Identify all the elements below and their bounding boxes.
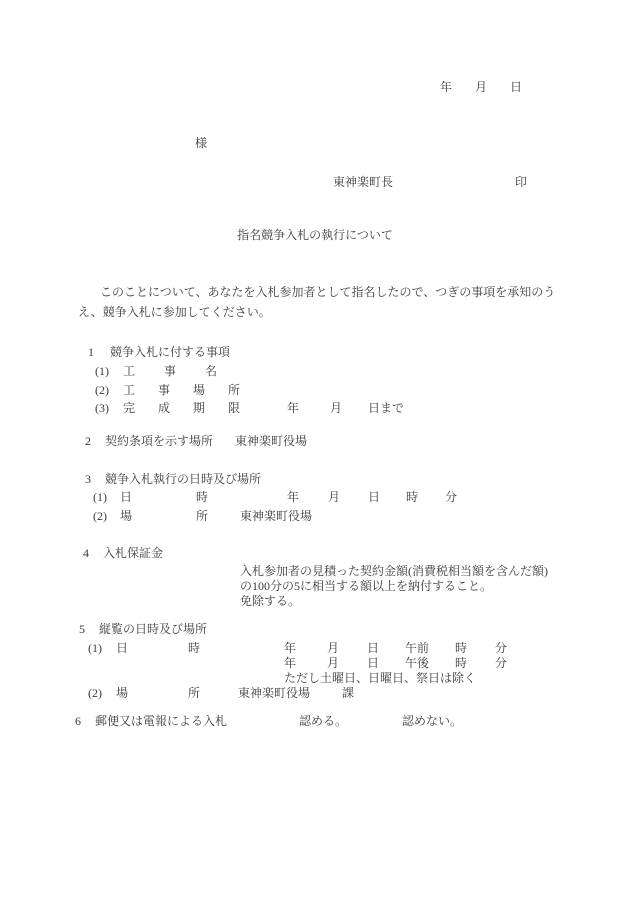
- section5-heading: 縦覧の日時及び場所: [99, 622, 207, 636]
- section3-heading: 競争入札執行の日時及び場所: [105, 472, 261, 486]
- s3-item2-label-char2: 所: [196, 509, 208, 523]
- s1-item3-label-char1: 完: [123, 401, 135, 415]
- s1-item2-number: (2): [95, 383, 109, 397]
- s5-row2-hour-label: 時: [455, 656, 467, 670]
- s5-item1-month-label: 月: [327, 641, 339, 655]
- s5-item2-label-char2: 所: [188, 686, 200, 700]
- s5-exception-note: ただし土曜日、日曜日、祭日は除く: [284, 671, 476, 685]
- section4-heading: 入札保証金: [103, 546, 163, 560]
- section2-number: 2: [85, 434, 91, 448]
- s4-description-line1: 入札参加者の見積った契約金額(消費税相当額を含んだ額): [240, 564, 548, 578]
- s1-item3-year-label: 年: [287, 401, 299, 415]
- s1-item3-month-label: 月: [330, 401, 342, 415]
- s1-item2-label-char3: 場: [193, 383, 205, 397]
- s6-option-decline: 認めない。: [402, 714, 462, 728]
- sender-name: 東神楽町長: [333, 175, 393, 189]
- s3-item1-number: (1): [93, 490, 107, 504]
- section4-number: 4: [83, 546, 89, 560]
- s5-item1-hour-label: 時: [455, 641, 467, 655]
- section1-number: 1: [88, 345, 94, 359]
- s1-item1-label-char2: 事: [164, 364, 176, 378]
- s5-row2-ampm-label: 午後: [405, 656, 429, 670]
- s1-item3-label-char2: 成: [158, 401, 170, 415]
- date-year-label: 年: [440, 80, 452, 94]
- section6-heading: 郵便又は電報による入札: [95, 714, 227, 728]
- section2-heading: 契約条項を示す場所: [105, 434, 213, 448]
- s3-item1-day-label: 日: [368, 490, 380, 504]
- s5-item1-ampm-label: 午前: [405, 641, 429, 655]
- s3-item2-number: (2): [93, 509, 107, 523]
- s1-item3-label-char3: 期: [193, 401, 205, 415]
- s1-item3-number: (3): [95, 401, 109, 415]
- s5-item1-number: (1): [88, 641, 102, 655]
- addressee-suffix: 様: [195, 136, 207, 150]
- s6-option-accept: 認める。: [299, 714, 347, 728]
- s5-item1-label-char2: 時: [188, 641, 200, 655]
- s5-item2-label-char1: 場: [116, 686, 128, 700]
- s5-item2-value: 東神楽町役場: [238, 686, 310, 700]
- s5-item1-label-char1: 日: [116, 641, 128, 655]
- s5-item2-number: (2): [88, 686, 102, 700]
- s4-description-line2: の100分の5に相当する額以上を納付すること。: [240, 579, 492, 593]
- s1-item2-label-char2: 事: [158, 383, 170, 397]
- s1-item1-number: (1): [95, 364, 109, 378]
- date-day-label: 日: [510, 80, 522, 94]
- s3-item2-value: 東神楽町役場: [240, 509, 312, 523]
- seal-mark: 印: [515, 175, 527, 189]
- s5-item1-year-label: 年: [284, 641, 296, 655]
- section1-heading: 競争入札に付する事項: [110, 345, 230, 359]
- section3-number: 3: [85, 472, 91, 486]
- s3-item2-label-char1: 場: [120, 509, 132, 523]
- s3-item1-month-label: 月: [328, 490, 340, 504]
- section2-value: 東神楽町役場: [235, 434, 307, 448]
- s5-row2-month-label: 月: [327, 656, 339, 670]
- section5-number: 5: [79, 622, 85, 636]
- s5-row2-year-label: 年: [284, 656, 296, 670]
- s3-item1-year-label: 年: [287, 490, 299, 504]
- intro-line-1: このことについて、あなたを入札参加者として指名したので、つぎの事項を承知のう: [100, 285, 555, 299]
- s5-item2-dept-label: 課: [342, 686, 354, 700]
- s3-item1-minute-label: 分: [445, 490, 457, 504]
- s3-item1-label-char2: 時: [196, 490, 208, 504]
- section6-number: 6: [75, 714, 81, 728]
- s5-item1-day-label: 日: [367, 641, 379, 655]
- document-title: 指名競争入札の執行について: [0, 228, 630, 242]
- s5-row2-minute-label: 分: [495, 656, 507, 670]
- s1-item2-label-char1: 工: [123, 383, 135, 397]
- date-month-label: 月: [475, 80, 487, 94]
- s1-item3-label-char4: 限: [228, 401, 240, 415]
- s4-description-line3: 免除する。: [240, 594, 300, 608]
- s5-item1-minute-label: 分: [495, 641, 507, 655]
- s3-item1-label-char1: 日: [120, 490, 132, 504]
- s5-row2-day-label: 日: [367, 656, 379, 670]
- s1-item2-label-char4: 所: [228, 383, 240, 397]
- intro-line-2: え、競争入札に参加してください。: [78, 305, 271, 319]
- s3-item1-hour-label: 時: [406, 490, 418, 504]
- s1-item1-label-char1: 工: [123, 364, 135, 378]
- document-page: 年 月 日 様 東神楽町長 印 指名競争入札の執行について このことについて、あ…: [0, 0, 630, 903]
- s1-item1-label-char3: 名: [205, 364, 217, 378]
- s1-item3-day-until-label: 日まで: [368, 401, 404, 415]
